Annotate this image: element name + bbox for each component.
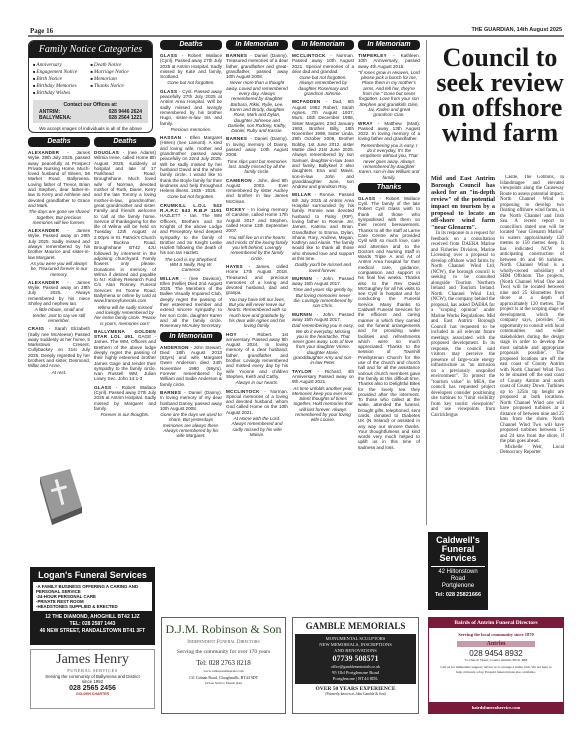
notices-list: TIMPERLEY - Kathleen. 10th Anniversary, …: [358, 53, 420, 180]
memoriam-column-5: In Memoriam MCCLINTOCK - Norman. Passed …: [292, 40, 354, 555]
deaths-column-3: Deaths GLASS - Robert Wallace (Cyril). P…: [160, 40, 222, 555]
notice-text: - John Stewart. Died 18th August 2013 (8…: [160, 345, 222, 387]
notice-entry: DOUGLAS - (nee Adams) Wilmia Irene, call…: [94, 150, 156, 326]
family-notice-categories-box: Family Notice Categories AnniversaryDeat…: [28, 40, 153, 133]
notice-name: CAMERON: [226, 178, 252, 183]
ad-title: James Henry: [31, 652, 154, 668]
office-name: BALLYMENA:: [39, 115, 72, 121]
notice-verse: The Lord is my Shepherd. WM S Neilly, Re…: [160, 257, 222, 273]
golden-charter-badge: GOLDEN CHARTER: [31, 692, 154, 696]
category-item: Thanks Notice: [91, 83, 149, 89]
ad-phone: Tel: 028 25821666: [428, 592, 488, 598]
logans-funeral-ad: Logan's Funeral Services -A FAMILY BUSIN…: [30, 567, 155, 645]
article-body: In its response to a request for feedbac…: [431, 231, 495, 418]
notice-text: - Robert. 1st anniversary. Passed away 8…: [226, 332, 288, 379]
notice-text: - Ellen Margaret (Helen) (nee Lamont). A…: [160, 135, 222, 193]
notice-name: MILLAR: [160, 276, 179, 281]
notice-entry: MILLAR - Ronnie. Passed 6th July 2025 at…: [292, 192, 354, 272]
ad-tagline: Serving the community for over 170 years: [162, 649, 285, 655]
notice-name: ALEXANDER: [28, 228, 59, 233]
notices-list: BARNES - Daniel (Danny). Treasured memor…: [226, 53, 288, 437]
ad-bullet: -HEADSTONES SUPPLIED & ERECTED: [36, 604, 149, 609]
memoriam-heading: In Memoriam: [226, 40, 288, 50]
notice-verse: Always in our hearts.: [226, 380, 288, 385]
ad-title: Bairds of Antrim Funeral Directors: [429, 618, 563, 628]
notice-entry: CRAIG - Sarah Elizabeth (Sally nee McAle…: [28, 326, 90, 375]
notice-entry: CRUMKILL L.O.L 543 R.A.P.C 543 R.B.P 119…: [160, 203, 222, 273]
bairds-funeral-ad: Bairds of Antrim Funeral Directors Servi…: [428, 617, 564, 714]
page-header: Page 16 THE GUARDIAN, 14th August 2025: [28, 27, 564, 37]
category-item: Marriage Notice: [91, 69, 149, 75]
memoriam-column-4: In Memoriam BARNES - Daniel (Danny). Tre…: [226, 40, 288, 555]
notice-verse: Remembering you is easy, I do it everyda…: [358, 143, 420, 180]
notice-text: - James, called Home 17th August 2018. T…: [226, 264, 288, 295]
ad-phone: Tel: 028 2763 8218: [162, 659, 285, 667]
deaths-heading: Deaths: [28, 137, 90, 147]
notice-name: ANDERSON: [160, 345, 189, 350]
article-column-1: Mid and East Antrim Borough Council has …: [431, 175, 495, 520]
notice-name: GLASS: [160, 53, 177, 58]
memoriam-column-6: In Memoriam TIMPERLEY - Kathleen. 10th A…: [358, 40, 420, 555]
notice-name: BARNES: [226, 53, 247, 58]
notice-verse: Gone but not forgotten. Always remembere…: [292, 75, 354, 96]
notice-name: DICKEY: [226, 207, 245, 212]
notice-verse: Precious memories.: [160, 127, 222, 132]
notice-name: HAYES: [226, 264, 243, 269]
notice-name: DOUGLAS: [94, 150, 119, 155]
page-number: Page 16: [30, 27, 53, 35]
notice-name: MCFADDEN: [292, 99, 320, 104]
deaths-column-1: Deaths ALEXANDER - James Wylie. 29th Jul…: [28, 137, 90, 452]
contact-title: Contact our Offices at:: [39, 102, 142, 108]
notice-verse: You still live on in the hearts and mind…: [226, 235, 288, 261]
ad-phone: TEL: 028 2587 1443: [30, 621, 155, 628]
notice-name: TIMPERLEY: [358, 53, 387, 58]
james-henry-ad: James Henry FUNERAL SERVICES Serving the…: [30, 649, 155, 709]
category-item: Engagement Notice: [33, 69, 91, 75]
notices-list: MCCLINTOCK - Norman. Passed away 10th Au…: [292, 53, 354, 423]
notice-verse: "If roses grow in Heaven, Lord please pi…: [358, 70, 420, 118]
category-item: Birthday Memories: [33, 83, 91, 89]
notice-verse: Daddy you'll be missed and loved forever…: [292, 262, 354, 273]
thanks-notice: GLASS - Robert Wallace Cyril. The family…: [358, 196, 420, 450]
notice-verse: A little tribute, small and tender, Just…: [28, 307, 90, 323]
ad-phone: 028 2565 2456: [31, 685, 154, 692]
categories-list: AnniversaryDeath NoticeEngagement Notice…: [29, 58, 152, 98]
notice-verse: As you were you will always be, Treasure…: [28, 261, 90, 277]
memoriam-heading: In Memoriam: [358, 40, 420, 50]
notice-verse: Time slips past but memories last. Sadly…: [226, 159, 288, 175]
notice-entry: GLASS - Cyril. Passed away peacefully 27…: [160, 89, 222, 132]
deaths-column-2: Deaths DOUGLAS - (nee Adams) Wilmia Iren…: [94, 137, 156, 557]
category-item: Birthday Wishes: [33, 90, 91, 96]
notice-entry: BALLYMENA GOLDEN STAR LOL 491. GAGE - Ja…: [94, 329, 156, 382]
notice-text: HAZLETT - Ian. The WM Officers, Brethern…: [160, 213, 222, 255]
deaths-heading: Deaths: [94, 137, 156, 147]
notice-verse: Forever in our thoughts.: [94, 412, 156, 417]
notice-entry: ALEXANDER - James Wylie. Passed away on …: [28, 228, 90, 277]
notice-name: ALEXANDER: [28, 150, 59, 155]
notice-entry: BARNES - Daniel (Danny). In loving memor…: [226, 136, 288, 174]
article-lede: Mid and East Antrim Borough Council has …: [431, 175, 495, 231]
notice-entry: MCFADDEN - Dad, 6th August 1962 Robert, …: [292, 99, 354, 189]
notice-entry: DICKEY - In loving memory of Caroline, c…: [226, 207, 288, 261]
notice-name: MURNIN: [292, 276, 312, 281]
notice-name: CRAIG: [28, 326, 44, 331]
notice-entry: BARNES - Daniel (Danny). Treasured memor…: [226, 53, 288, 133]
notice-entry: ALEXANDER - James Wylie. 29th July 2025,…: [28, 150, 90, 225]
notice-verse: Never more than a thought away, Loved an…: [226, 80, 288, 133]
notice-verse: Wilma will be sadly missed and lovingly …: [94, 305, 156, 326]
ad-bullets: -A FAMILY BUSINESS OFFERING A CARING AND…: [33, 582, 152, 611]
notice-text: - (nee Adams) Wilmia Irene, called Home …: [94, 150, 156, 303]
ad-note: (Formerly known as John Gamble & Son): [293, 692, 418, 696]
caldwells-funeral-ad: Caldwell's Funeral Services 42 Hiltonsto…: [428, 532, 488, 610]
notice-text: - Robert Wallace Cyril. The family of th…: [358, 196, 420, 450]
ad-title: Logan's Funeral Services: [30, 567, 155, 582]
notice-entry: CAMERON - John, died 9th August 2003. Ev…: [226, 178, 288, 204]
notice-name: MURNIN: [292, 312, 312, 317]
ad-text: Call us for immediate support, advice or…: [429, 662, 563, 677]
bible-illustration: [36, 467, 86, 527]
ad-website[interactable]: bairdsfuneralservice.com: [429, 702, 563, 713]
notice-name: TAYLOR: [292, 369, 312, 374]
category-item: Anniversary: [33, 62, 91, 68]
notice-name: CRUMKILL L.O.L 543 R.A.P.C 543 R.B.P 119…: [160, 203, 222, 213]
ad-title: D.J.M. Robinson & Son: [162, 622, 285, 637]
ad-title: GAMBLE MEMORIALS: [293, 618, 418, 634]
thanks-heading: Thanks: [358, 183, 420, 193]
notice-entry: MILLAR - (nee Davison), Ellen (Nellie) D…: [160, 276, 222, 329]
ad-address: Portglenone | BT44 8DL: [295, 676, 416, 682]
notice-entry: TIMPERLEY - Kathleen. 10th Anniversary, …: [358, 53, 420, 118]
ad-tagline: Serving the community of Ballymena and D…: [31, 673, 154, 685]
notice-entry: HASSAN - Ellen Margaret (Helen) (nee Lam…: [160, 135, 222, 200]
publication-date: THE GUARDIAN, 14th August 2025: [471, 27, 562, 33]
notice-name: HOY: [226, 332, 237, 337]
notice-name: BARNES: [160, 390, 181, 395]
notices-list: GLASS - Robert Wallace (Cyril). Passed a…: [160, 53, 222, 329]
ad-note: 24 hour Service | Funeral plans: [162, 681, 285, 685]
memoriam-heading: In Memoriam: [160, 332, 222, 342]
notice-name: MCCLINTOCK: [292, 53, 326, 58]
notice-text: GAGE - James. The WM, Officers and Breth…: [94, 334, 156, 381]
notice-verse: Time and years slip gently by, But lovin…: [292, 287, 354, 308]
article-column-2: Castle, The Gobbins, in Islandmagee and …: [500, 175, 564, 615]
notice-text: - James Wylie. 29th July 2025, passed aw…: [28, 150, 90, 208]
notices-list: DOUGLAS - (nee Adams) Wilmia Irene, call…: [94, 150, 156, 418]
memoriam-heading: In Memoriam: [292, 40, 354, 50]
categories-title: Family Notice Categories: [29, 41, 152, 58]
notice-entry: ANDERSON - John Stewart. Died 18th Augus…: [160, 345, 222, 387]
article-headline: Council to seek review on offshore wind …: [436, 45, 564, 145]
notice-entry: MCCLINTOCK - Norman. Special memories of…: [226, 389, 288, 438]
notices-list: ALEXANDER - James Wylie. 29th July 2025,…: [28, 150, 90, 375]
ad-bullet: -A FAMILY BUSINESS OFFERING A CARING AND…: [36, 584, 149, 594]
ad-address: 42 Hiltonstown: [431, 569, 485, 576]
notice-verse: Dad remembering you is easy, We do it ev…: [292, 323, 354, 365]
notice-verse: At rest.: [28, 370, 90, 375]
notice-name: GLASS: [160, 89, 177, 94]
notice-verse: Gone but not forgotten.: [160, 194, 222, 199]
notice-verse: As time unfolds another year, Memories k…: [292, 386, 354, 423]
notice-name: MCCLINTOCK: [226, 389, 260, 394]
notice-entry: HOY - Robert. 1st anniversary. Passed aw…: [226, 332, 288, 386]
ad-phone: 028 9454 8932: [429, 649, 563, 658]
notice-text: - (nee Davison), Ellen (Nellie) Died 2nd…: [160, 276, 222, 329]
notice-verse: At Home with the Lord. Always remembered…: [226, 416, 288, 437]
notice-text: - Sarah Elizabeth (Sally nee McAleese) P…: [28, 326, 90, 368]
notice-verse: Gone are the days we used to share, But …: [160, 412, 222, 438]
notice-text: - James Wylie. Passed away on 29th July …: [28, 228, 90, 259]
ad-address: Road: [431, 576, 485, 583]
column-divider: [426, 40, 427, 525]
category-item: Birth Notice: [33, 76, 91, 82]
article-byline: Michelle Weir, Local Democracy Reporter: [500, 445, 564, 456]
notice-name: GLASS: [358, 196, 375, 201]
notice-text: - Ronnie. Passed 6th July 2025 at Antrim…: [292, 192, 354, 261]
notice-entry: MURNIN - John. Passed away 15th August 2…: [292, 312, 354, 366]
office-phone: 028 2564 1221: [109, 115, 142, 121]
ad-address: 46 NEW STREET, RANDALSTOWN BT41 3FT: [30, 628, 155, 635]
notice-name: ALEXANDER: [28, 280, 59, 285]
notice-entry: MURNIN - John. Passed away 15th August 2…: [292, 276, 354, 309]
notice-name: GLASS: [94, 385, 111, 390]
category-item: Death Notice: [91, 62, 149, 68]
ad-address: 12 THE DIAMOND, AHOGHILL BT42 1JZ: [30, 614, 155, 621]
office-ballymena: BALLYMENA:028 2564 1221: [39, 115, 142, 121]
notice-verse: Gone but not forgotten.: [160, 80, 222, 85]
article-body: Castle, The Gobbins, in Islandmagee and …: [500, 175, 564, 445]
notices-list: ANDERSON - John Stewart. Died 18th Augus…: [160, 345, 222, 439]
notice-entry: MCCLINTOCK - Norman. Passed away 10th Au…: [292, 53, 354, 96]
notice-verse: You may have left our lives, But you wil…: [226, 297, 288, 329]
notice-entry: ALEXANDER - James Wylie. Passed away on …: [28, 280, 90, 323]
djm-robinson-ad: D.J.M. Robinson & Son Independent Funera…: [161, 617, 286, 714]
images-note: We accept images of individuals in all o…: [29, 125, 152, 133]
ad-title: Services: [428, 554, 488, 563]
ad-website: www.robinsonsfunerals.com: [162, 669, 285, 673]
notice-name: MILLAR: [292, 192, 311, 197]
notice-entry: TAYLOR - Richard, 4th Anniversary Passed…: [292, 369, 354, 423]
notice-entry: HAYES - James, called Home 17th August 2…: [226, 264, 288, 329]
gamble-memorials-ad: GAMBLE MEMORIALS MONUMENTAL SCULPTORS NE…: [292, 617, 419, 714]
ad-address: 131 Culnan Road, Cloughmills, BT44 9DT: [162, 675, 285, 680]
notice-name: BARNES: [226, 136, 247, 141]
ad-phone: 07739 508571: [295, 654, 416, 664]
notice-entry: WRAY - Matthew (Matt). Passed away 13th …: [358, 121, 420, 180]
deaths-heading: Deaths: [160, 40, 222, 50]
notice-text: - Cyril. Passed away peacefully 27th Jul…: [160, 89, 222, 126]
notice-text: - Dad, 6th August 1962 Robert, Sarah Agn…: [292, 99, 354, 189]
notice-entry: GLASS - Robert Wallace (Cyril). Passed a…: [160, 53, 222, 86]
notice-name: WRAY: [358, 121, 373, 126]
newspaper-page: Page 16 THE GUARDIAN, 14th August 2025 F…: [28, 27, 564, 717]
ad-address: Portglenone: [431, 583, 485, 590]
ad-tagline: Serving the local community since 1870: [429, 632, 563, 637]
notice-name: HASSAN: [160, 135, 181, 140]
ad-town: Antrim: [457, 641, 535, 647]
notice-entry: GLASS - Robert Wallace (Cyril). Passed a…: [94, 385, 156, 418]
notice-entry: BARNES - Daniel (Danny). In loving memor…: [160, 390, 222, 439]
category-item: Memoriam: [91, 76, 149, 82]
ad-subtitle: Independent Funeral Directors: [162, 639, 285, 645]
notice-verse: The days are gone we shared together, Bu…: [28, 209, 90, 225]
contact-box: Contact our Offices at: ANTRIM:028 9446 …: [33, 100, 148, 123]
